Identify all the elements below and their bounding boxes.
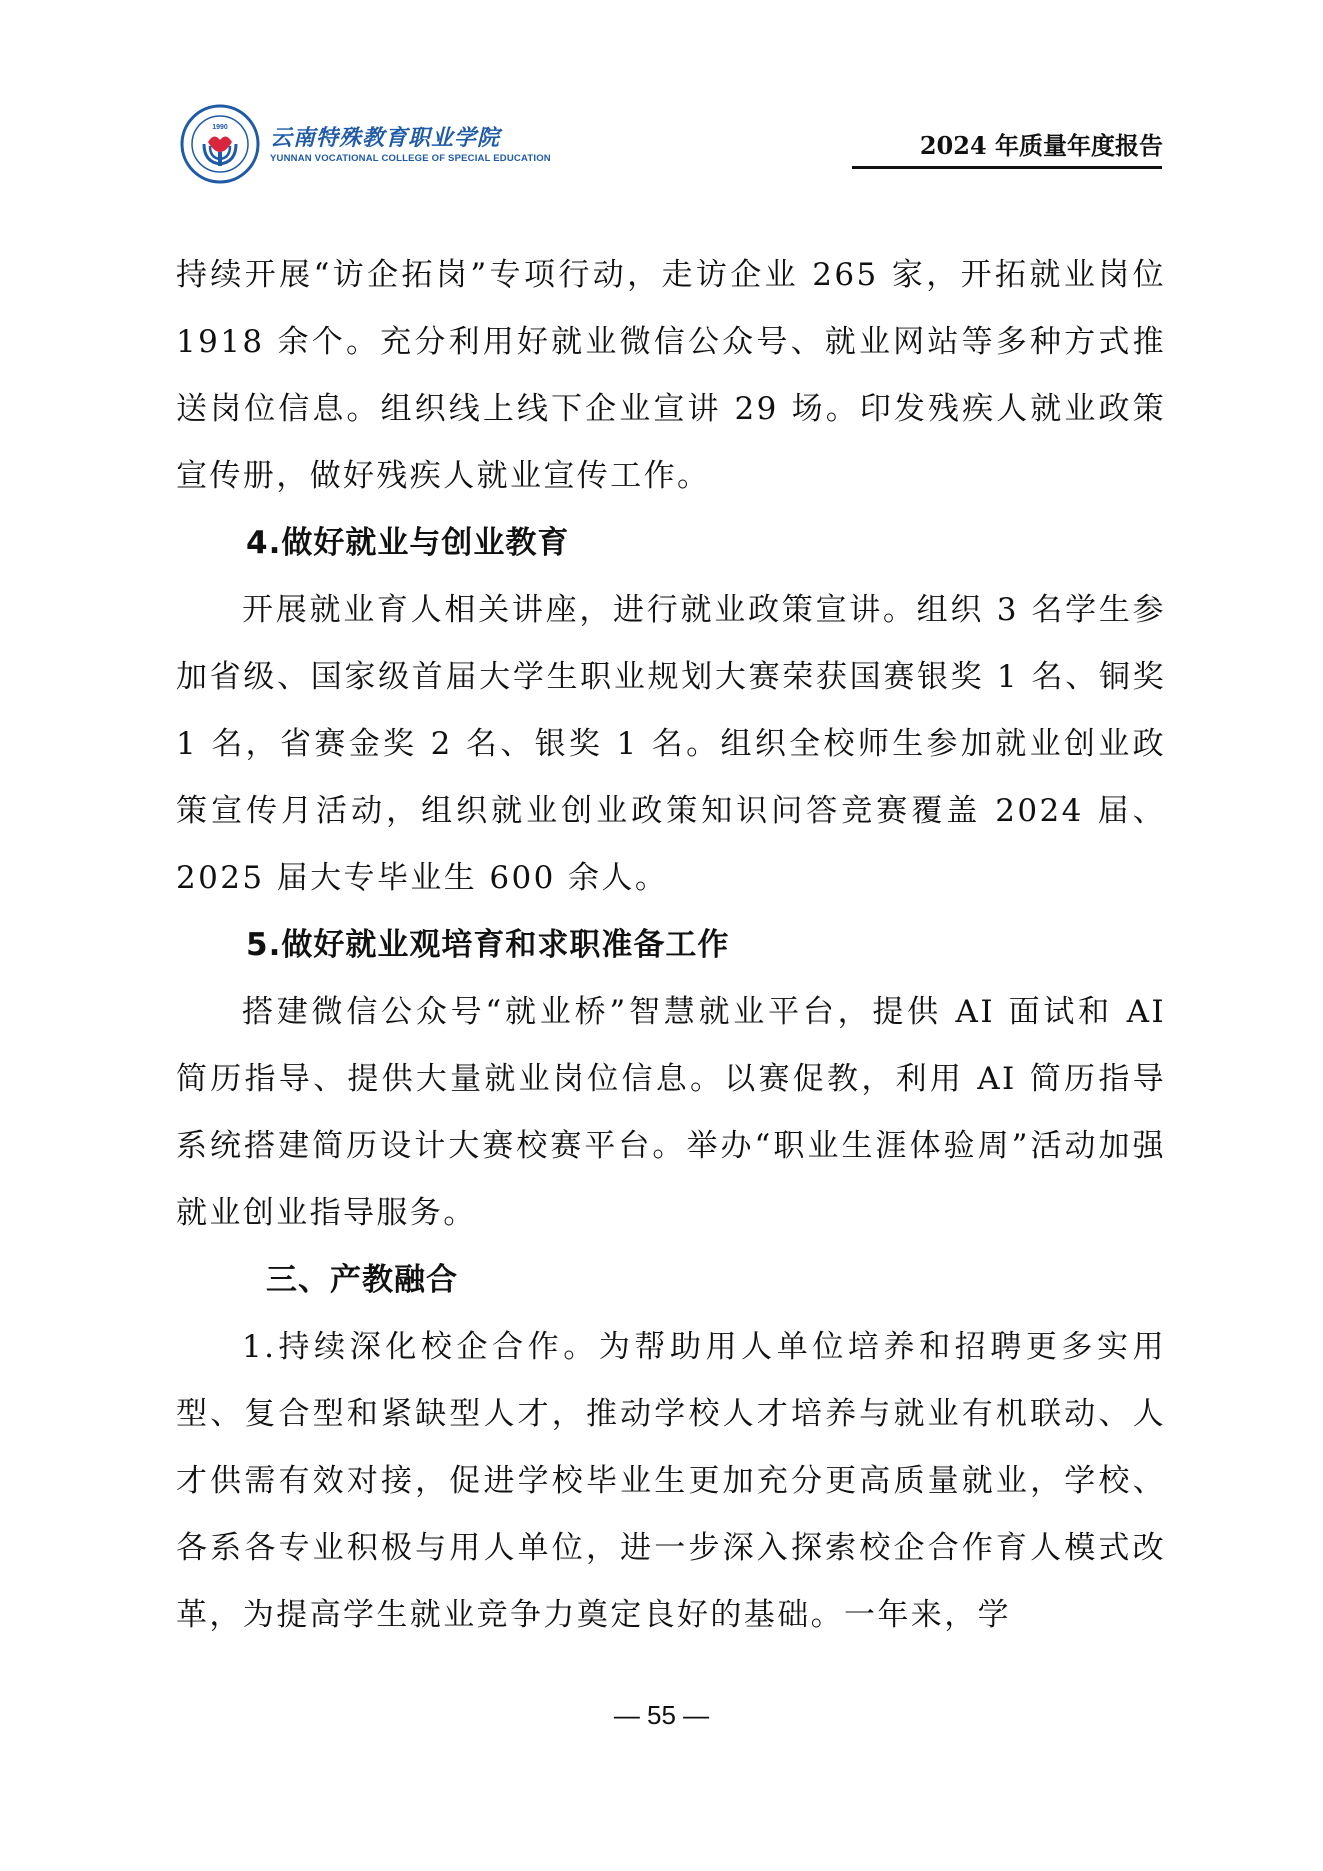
page-number: — 55 — bbox=[0, 1700, 1323, 1731]
page-body: 持续开展“访企拓岗”专项行动，走访企业 265 家，开拓就业岗位 1918 余个… bbox=[176, 242, 1166, 1649]
college-emblem-icon: 1990 bbox=[180, 104, 260, 184]
subheading-employment-education: 4.做好就业与创业教育 bbox=[176, 510, 1166, 577]
report-title: 2024 年质量年度报告 bbox=[920, 126, 1163, 161]
college-logo: 1990 云南特殊教育职业学院 YUNNAN VOCATIONAL COLLEG… bbox=[180, 104, 551, 184]
page-header: 1990 云南特殊教育职业学院 YUNNAN VOCATIONAL COLLEG… bbox=[180, 98, 1163, 188]
paragraph: 开展就业育人相关讲座，进行就业政策宣讲。组织 3 名学生参加省级、国家级首届大学… bbox=[176, 577, 1166, 912]
paragraph: 持续开展“访企拓岗”专项行动，走访企业 265 家，开拓就业岗位 1918 余个… bbox=[176, 242, 1166, 510]
college-name-en: YUNNAN VOCATIONAL COLLEGE OF SPECIAL EDU… bbox=[270, 153, 551, 164]
paragraph: 搭建微信公众号“就业桥”智慧就业平台，提供 AI 面试和 AI 简历指导、提供大… bbox=[176, 979, 1166, 1247]
paragraph: 1.持续深化校企合作。为帮助用人单位培养和招聘更多实用型、复合型和紧缺型人才，推… bbox=[176, 1314, 1166, 1649]
subheading-job-readiness: 5.做好就业观培育和求职准备工作 bbox=[176, 912, 1166, 979]
svg-text:1990: 1990 bbox=[212, 124, 228, 131]
header-divider bbox=[852, 166, 1162, 169]
college-name-cn: 云南特殊教育职业学院 bbox=[270, 125, 551, 151]
section-heading-industry-education: 三、产教融合 bbox=[176, 1247, 1166, 1314]
